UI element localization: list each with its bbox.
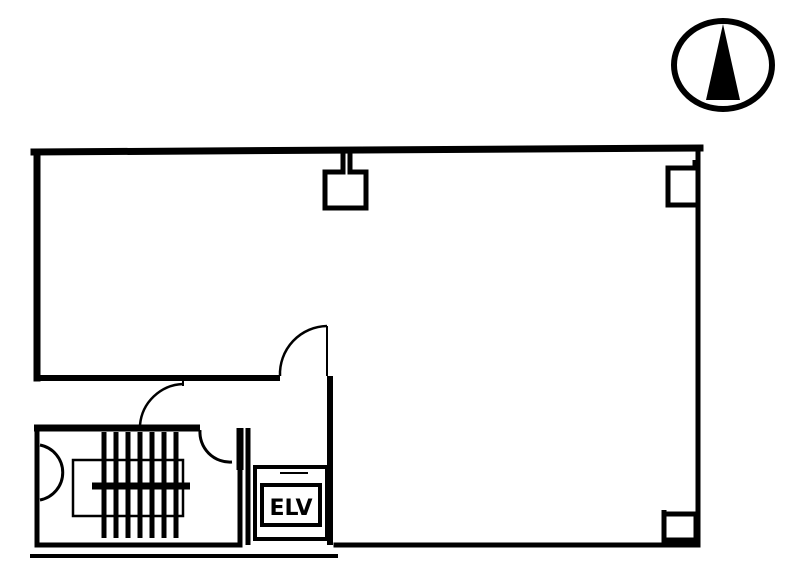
elevator-label: ELV [269,496,312,521]
column-top-right [668,160,698,205]
floor-plan: ELV [0,0,800,566]
north-arrow-icon [674,21,772,109]
column-top-center [325,152,366,208]
column-bottom-right [664,510,696,540]
elevator [248,428,327,545]
corridor-door [140,381,183,425]
staircase-icon [92,432,190,538]
